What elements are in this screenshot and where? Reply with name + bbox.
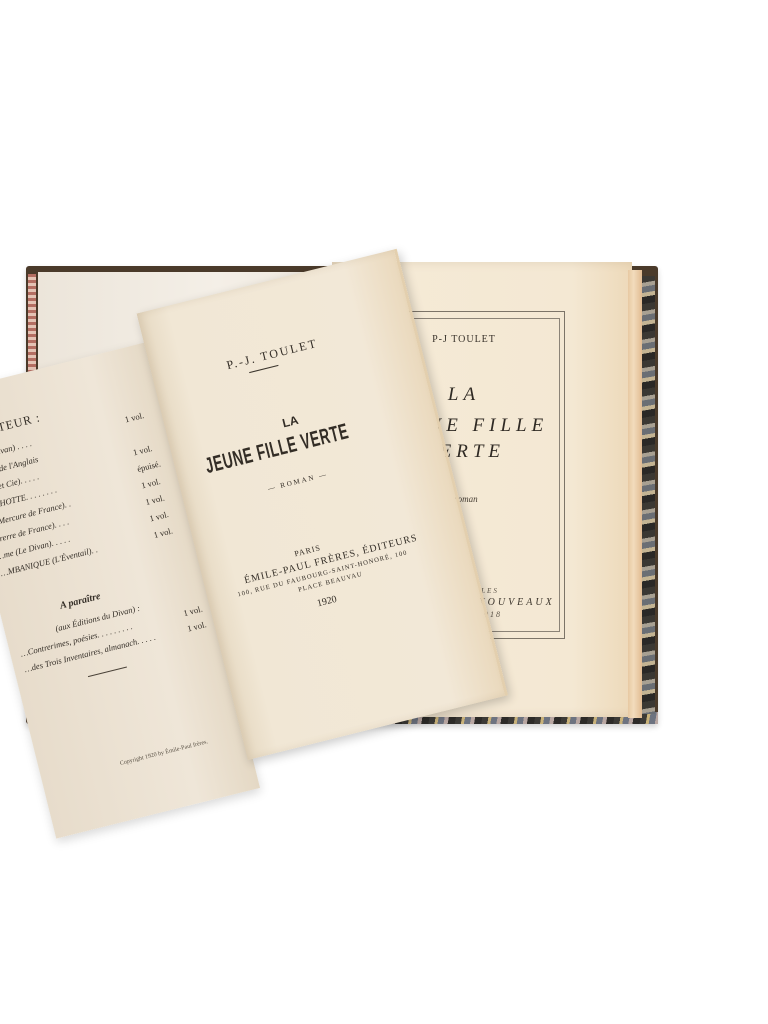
marbled-board-right (641, 276, 655, 714)
photo-scene: P-J TOULET LA JEUNE FILLE VERTE roman LE… (0, 0, 768, 1024)
page-edges (628, 270, 642, 718)
